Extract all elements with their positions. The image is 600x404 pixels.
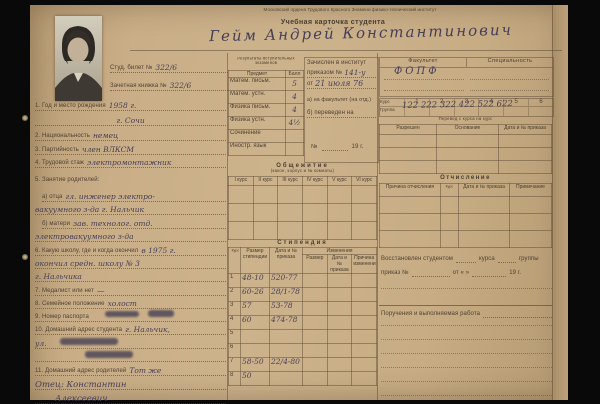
work-experience-value: электромонтажник (87, 159, 171, 167)
passport-ink-smudge-2 (148, 310, 174, 317)
stipend-table: Курс Размер стипендии Дата и № приказа И… (228, 247, 377, 386)
nationality-label: 2. Национальность (35, 133, 90, 140)
student-name: Гейм Андрей Константинович (155, 25, 567, 42)
assignments-line (381, 353, 552, 354)
parents-address-value3: Алексеевич (55, 395, 108, 400)
stipend-row-num: 2 (229, 288, 241, 302)
stipend-row: 6 (229, 344, 377, 358)
exam-row: Сочинение (229, 130, 304, 143)
address-field: 10. Домашний адрес студента г. Нальчик, (35, 322, 226, 335)
enrollment-order-label: приказом № (307, 70, 342, 77)
stipend-row: 8 50 (229, 372, 377, 386)
dorm-course-col: V курс (327, 177, 352, 186)
stipend-row-num: 7 (229, 358, 241, 372)
dismissal-header-row: Причина отчисления Курс Дата и № приказа… (380, 184, 552, 197)
reinstate-label-d: приказ № (381, 270, 409, 277)
medalist-value: — (97, 287, 105, 295)
birth-value: 1958 г. (109, 102, 137, 110)
birth-label: 1. Год и место рождения (35, 103, 106, 110)
birth-place-line: г. Сочи (35, 113, 226, 126)
reinstate-label-c: группы (519, 256, 539, 263)
dismissal-empty-row (380, 231, 552, 248)
stipend-col-change-amount: Размер (303, 255, 328, 274)
assignments-title-row: Поручения и выполняемая работа (381, 311, 552, 318)
assignments-line (381, 367, 552, 368)
stipend-row-num: 8 (229, 372, 241, 386)
parents-address-line2: Отец: Константин (35, 377, 226, 390)
school-field: 6. Какую школу, где и когда окончил в 19… (35, 243, 226, 256)
enrollment-no-label: № (311, 144, 318, 151)
dormitory-table: I курс II курс III курс IV курс V курс V… (228, 176, 377, 240)
exam-score: 5 (292, 79, 297, 88)
parents-occupation-label: 5. Занятие родителей: (35, 177, 99, 184)
marital-value: холост (108, 300, 137, 308)
school-line3: г. Нальчика (35, 269, 226, 282)
work-experience-field: 4. Трудовой стаж электромонтажник (35, 155, 226, 168)
exam-score: 4 (292, 92, 297, 101)
work-experience-label: 4. Трудовой стаж (35, 160, 84, 167)
parents-address-label: 11. Домашний адрес родителей (35, 368, 126, 375)
dismissal-col: Курс (441, 184, 459, 197)
father-occupation-value2: вакуумного з-да г. Нальчик (35, 206, 144, 214)
specialty-rule-2 (470, 90, 549, 91)
student-photo (55, 16, 102, 101)
address-value2: ул. (35, 340, 47, 348)
student-card-number-row: Студ. билет № 322/6 (110, 61, 228, 73)
marital-label: 8. Семейное положение (35, 301, 105, 308)
nationality-field: 2. Национальность немец (35, 128, 226, 141)
address-ink-smudge (60, 338, 118, 345)
mother-occupation-value: зав. технолог. отд. (73, 220, 153, 228)
reinstate-blank-group (498, 262, 516, 263)
faculty-section: Факультет Специальность ФОПФ (379, 57, 554, 97)
punch-hole-top (22, 115, 28, 121)
exam-score: 4 (292, 105, 297, 114)
grade-book-number-value: 322/6 (170, 82, 192, 90)
assignments-line (381, 325, 552, 326)
school-value: в 1975 г. (141, 247, 175, 255)
enrollment-date-label: от (307, 81, 313, 88)
stipend-order: 28/1-78 (271, 288, 300, 297)
enrollment-date-value: 21 июля 76 (315, 80, 363, 88)
enrollment-line-b-row: б) переведен на (307, 108, 376, 118)
stipend-row-num: 4 (229, 316, 241, 330)
dormitory-section: Общежитие (какое, корпус и № комнаты) I … (228, 163, 377, 240)
assignments-line (381, 395, 552, 396)
stipend-order: 22/4-80 (271, 358, 300, 367)
reinstate-label-f: 19 г. (509, 270, 521, 277)
grade-book-number-label: Зачетная книжка № (110, 83, 167, 90)
exam-row: Физика письм. 4 (229, 104, 304, 117)
mother-occupation-field: б) матери зав. технолог. отд. (42, 216, 226, 229)
reinstate-label-b: курса (479, 256, 495, 263)
nationality-value: немец (93, 132, 118, 140)
transfer-empty-row (380, 148, 552, 161)
dismissal-col: Дата и № приказа (459, 184, 510, 197)
enrollment-order-footer: № 19 г. (311, 144, 376, 151)
institute-name: Московский ордена Трудового Красного Зна… (186, 8, 514, 13)
birth-place-value: г. Сочи (116, 117, 144, 125)
stipend-row-num: 6 (229, 344, 241, 358)
stipend-amount: 57 (242, 302, 252, 311)
stipend-col-change-order: Дата и № приказа (327, 255, 352, 274)
transfer-col: Дата и № приказа (499, 125, 552, 135)
reinstate-blank-course (456, 262, 476, 263)
grade-book-number-row: Зачетная книжка № 322/6 (110, 79, 228, 91)
enrollment-line-a: а) на факультет (на отд.) (307, 97, 371, 103)
medalist-field: 7. Медалист или нет — (35, 283, 226, 296)
dormitory-subtitle: (какое, корпус и № комнаты) (250, 169, 354, 173)
exam-subject: Физика письм. (229, 104, 286, 117)
address-label: 10. Домашний адрес студента (35, 327, 122, 334)
parents-address-value2: Отец: Константин (35, 381, 126, 389)
stipend-row: 5 (229, 330, 377, 344)
stipend-order: 474-78 (271, 316, 297, 325)
father-occupation-line2: вакуумного з-да г. Нальчик (35, 202, 226, 215)
stipend-col-changes: Изменения (303, 248, 377, 255)
exams-col-subject: Предмет (229, 71, 286, 78)
father-occupation-value: гл. инженер электро- (65, 193, 155, 201)
stipend-section: Стипендия Курс Размер стипендии Дата и №… (228, 240, 377, 386)
exam-subject: Иностр. язык (229, 143, 286, 156)
assignments-blank (483, 317, 552, 318)
transfer-empty-row (380, 161, 552, 174)
transfer-table: Разрешен Основание Дата и № приказа (379, 124, 552, 174)
stipend-row-num: 5 (229, 330, 241, 344)
party-field: 3. Партийность член ВЛКСМ (35, 142, 226, 155)
assignments-line (381, 339, 552, 340)
father-label: а) отца (42, 194, 62, 201)
school-label: 6. Какую школу, где и когда окончил (35, 248, 138, 255)
dismissal-col: Причина отчисления (380, 184, 441, 197)
exam-row: Иностр. язык (229, 143, 304, 156)
mother-occupation-value2: электровакуумного з-да (35, 233, 134, 241)
dorm-course-col: I курс (229, 177, 254, 186)
dormitory-empty-row (229, 186, 377, 204)
stipend-order: 53-78 (271, 302, 293, 311)
groups-handwritten: 122 222 322 422 522 622 (402, 100, 513, 110)
portrait-image (55, 16, 102, 101)
address-line3 (35, 349, 226, 362)
medalist-label: 7. Медалист или нет (35, 288, 94, 295)
dismissal-col: Примечание (510, 184, 552, 197)
group-row-label: Группа (380, 108, 398, 115)
exam-subject: Физика устн. (229, 117, 286, 130)
transfer-caption: Перевод с курса на курс (405, 117, 526, 121)
assignments-top-rule (379, 305, 552, 306)
transfer-header-row: Разрешен Основание Дата и № приказа (380, 125, 552, 135)
course-number: 6 (528, 99, 553, 106)
entrance-exams-title: Результаты вступительных экзаменов (228, 57, 304, 65)
course-row-label: Курс (380, 100, 398, 105)
reinstate-blank-date (472, 276, 506, 277)
exam-score: 4½ (288, 118, 300, 127)
school-value3: г. Нальчика (35, 273, 82, 281)
faculty-value: ФОПФ (394, 68, 440, 76)
faculty-rule-1 (384, 79, 464, 80)
reinstatement-line2: приказ № от « » 19 г. (381, 270, 552, 277)
transfer-col: Разрешен (380, 125, 437, 135)
exam-subject: Матем. письм. (229, 78, 286, 91)
specialty-rule-1 (470, 79, 549, 80)
enrollment-order-value: 141-у (344, 69, 365, 77)
dismissal-table: Причина отчисления Курс Дата и № приказа… (379, 183, 552, 248)
dormitory-empty-row (229, 204, 377, 222)
stipend-row-num: 1 (229, 274, 241, 288)
stipend-amount: 58-50 (242, 358, 264, 367)
dismissal-empty-row (380, 197, 552, 214)
punch-hole-bottom (22, 254, 28, 260)
passport-label: 9. Номер паспорта (35, 314, 89, 321)
reinstatement-rule (381, 288, 552, 289)
enrollment-line-b: б) переведен на (307, 110, 354, 117)
stipend-title: Стипендия (228, 240, 377, 246)
stipend-row: 7 58-50 22/4-80 (229, 358, 377, 372)
exam-row: Физика устн. 4½ (229, 117, 304, 130)
address-value: г. Нальчик, (125, 326, 170, 334)
stipend-header-row: Курс Размер стипендии Дата и № приказа И… (229, 248, 377, 255)
stipend-row: 3 57 53-78 (229, 302, 377, 316)
enrollment-year-label: 19 г. (352, 144, 364, 151)
assignments-line (381, 381, 552, 382)
stipend-amount: 60-26 (242, 288, 264, 297)
dorm-course-col: II курс (253, 177, 278, 186)
page-edge (552, 5, 568, 400)
exam-row: Матем. устн. 4 (229, 91, 304, 104)
stipend-col-change-reason: Причина изменения (352, 255, 377, 274)
stipend-row-num: 3 (229, 302, 241, 316)
reinstate-blank-order (412, 276, 450, 277)
assignments-title: Поручения и выполняемая работа (381, 311, 480, 318)
name-underline (130, 50, 562, 51)
course-group-strip: Курс 1 2 3 4 5 6 Группа 122 222 322 422 … (379, 98, 554, 117)
dorm-course-col: III курс (278, 177, 303, 186)
stipend-amount: 60 (242, 316, 252, 325)
stipend-row: 2 60-26 28/1-78 (229, 288, 377, 302)
mother-occupation-line2: электровакуумного з-да (35, 229, 226, 242)
mother-label: б) матери (42, 221, 70, 228)
exam-subject: Сочинение (229, 130, 286, 143)
stipend-order: 520-77 (271, 274, 297, 283)
parents-address-field: 11. Домашний адрес родителей Тот же (35, 363, 226, 376)
party-value: член ВЛКСМ (82, 146, 134, 154)
parents-address-value: Тот же (129, 367, 161, 375)
exams-col-score: Балл (286, 71, 304, 78)
stipend-col-course: Курс (229, 248, 241, 274)
birth-field: 1. Год и место рождения 1958 г. (35, 98, 226, 111)
transfer-empty-row (380, 135, 552, 148)
stipend-amount: 48-10 (242, 274, 264, 283)
stipend-row: 4 60 474-78 (229, 316, 377, 330)
dormitory-empty-row (229, 222, 377, 240)
student-card-page: Московский ордена Трудового Красного Зна… (30, 5, 567, 400)
father-occupation-field: а) отца гл. инженер электро- (42, 189, 226, 202)
passport-ink-smudge (105, 311, 139, 317)
entrance-exams-section: Результаты вступительных экзаменов Предм… (228, 57, 304, 156)
exams-header-row: Предмет Балл (229, 71, 304, 78)
party-label: 3. Партийность (35, 147, 79, 154)
reinstate-label-e: от « » (453, 270, 470, 277)
enrollment-date-row: от 21 июля 76 (307, 80, 376, 89)
enrollment-order-row: приказом № 141-у (307, 69, 376, 78)
enrollment-no-blank (322, 150, 348, 151)
stipend-col-amount: Размер стипендии (241, 248, 270, 274)
specialty-col-label: Специальность (467, 58, 553, 67)
dismissal-empty-row (380, 214, 552, 231)
reinstate-label-a: Восстановлен студентом (381, 256, 453, 263)
dismissal-title: Отчисление (379, 175, 552, 181)
exam-subject: Матем. устн. (229, 91, 286, 104)
stipend-col-order: Дата и № приказа (270, 248, 303, 274)
faculty-rule-2 (384, 90, 464, 91)
student-card-number-label: Студ. билет № (110, 65, 152, 72)
school-line2: окончил средн. школу № 3 (35, 256, 226, 269)
marital-field: 8. Семейное положение холост (35, 296, 226, 309)
dorm-course-col: VI курс (352, 177, 377, 186)
school-value2: окончил средн. школу № 3 (35, 260, 140, 268)
stipend-amount: 50 (242, 372, 252, 381)
enrollment-line1: Зачислен в институт (307, 60, 378, 67)
entrance-exams-table: Предмет Балл Матем. письм. 5 Матем. устн… (228, 70, 304, 156)
exam-row: Матем. письм. 5 (229, 78, 304, 91)
dormitory-header-row: I курс II курс III курс IV курс V курс V… (229, 177, 377, 186)
dorm-course-col: IV курс (302, 177, 327, 186)
scan-background: Московский ордена Трудового Красного Зна… (0, 0, 600, 400)
enrollment-section: Зачислен в институт приказом № 141-у от … (304, 57, 379, 163)
transfer-col: Основание (437, 125, 499, 135)
student-card-number-value: 322/6 (155, 64, 177, 72)
parents-address-line3: Алексеевич (35, 391, 226, 400)
reinstatement-line1: Восстановлен студентом курса группы (381, 256, 552, 263)
stipend-row: 1 48-10 520-77 (229, 274, 377, 288)
